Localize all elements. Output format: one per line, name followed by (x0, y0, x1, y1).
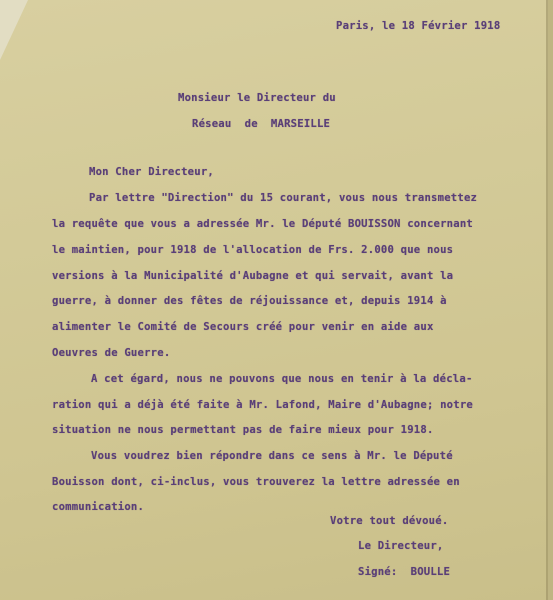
body-line: Vous voudrez bien répondre dans ce sens … (91, 450, 453, 462)
letter-page: Paris, le 18 Février 1918 Monsieur le Di… (0, 0, 553, 600)
body-line: guerre, à donner des fêtes de réjouissan… (52, 295, 447, 307)
body-line: Bouisson dont, ci-inclus, vous trouverez… (52, 476, 460, 488)
addressee-line-1: Monsieur le Directeur du (178, 92, 336, 104)
folded-corner (0, 0, 28, 60)
body-line: le maintien, pour 1918 de l'allocation d… (52, 244, 453, 256)
addressee-line-2: Réseau de MARSEILLE (192, 118, 330, 130)
body-line: Par lettre "Direction" du 15 courant, vo… (89, 192, 477, 204)
paper-edge-shadow (548, 0, 553, 600)
body-line: alimenter le Comité de Secours créé pour… (52, 321, 434, 333)
salutation: Mon Cher Directeur, (89, 166, 214, 178)
signature-title: Le Directeur, (358, 540, 444, 552)
signature: Signé: BOULLE (358, 566, 450, 578)
body-line: situation ne nous permettant pas de fair… (52, 424, 434, 436)
dateline: Paris, le 18 Février 1918 (336, 20, 500, 32)
body-line: communication. (52, 501, 144, 513)
body-line: versions à la Municipalité d'Aubagne et … (52, 270, 453, 282)
closing: Votre tout dévoué. (330, 515, 448, 527)
body-line: ration qui a déjà été faite à Mr. Lafond… (52, 399, 473, 411)
body-line: la requête que vous a adressée Mr. le Dé… (52, 218, 473, 230)
body-line: A cet égard, nous ne pouvons que nous en… (91, 373, 473, 385)
body-line: Oeuvres de Guerre. (52, 347, 170, 359)
